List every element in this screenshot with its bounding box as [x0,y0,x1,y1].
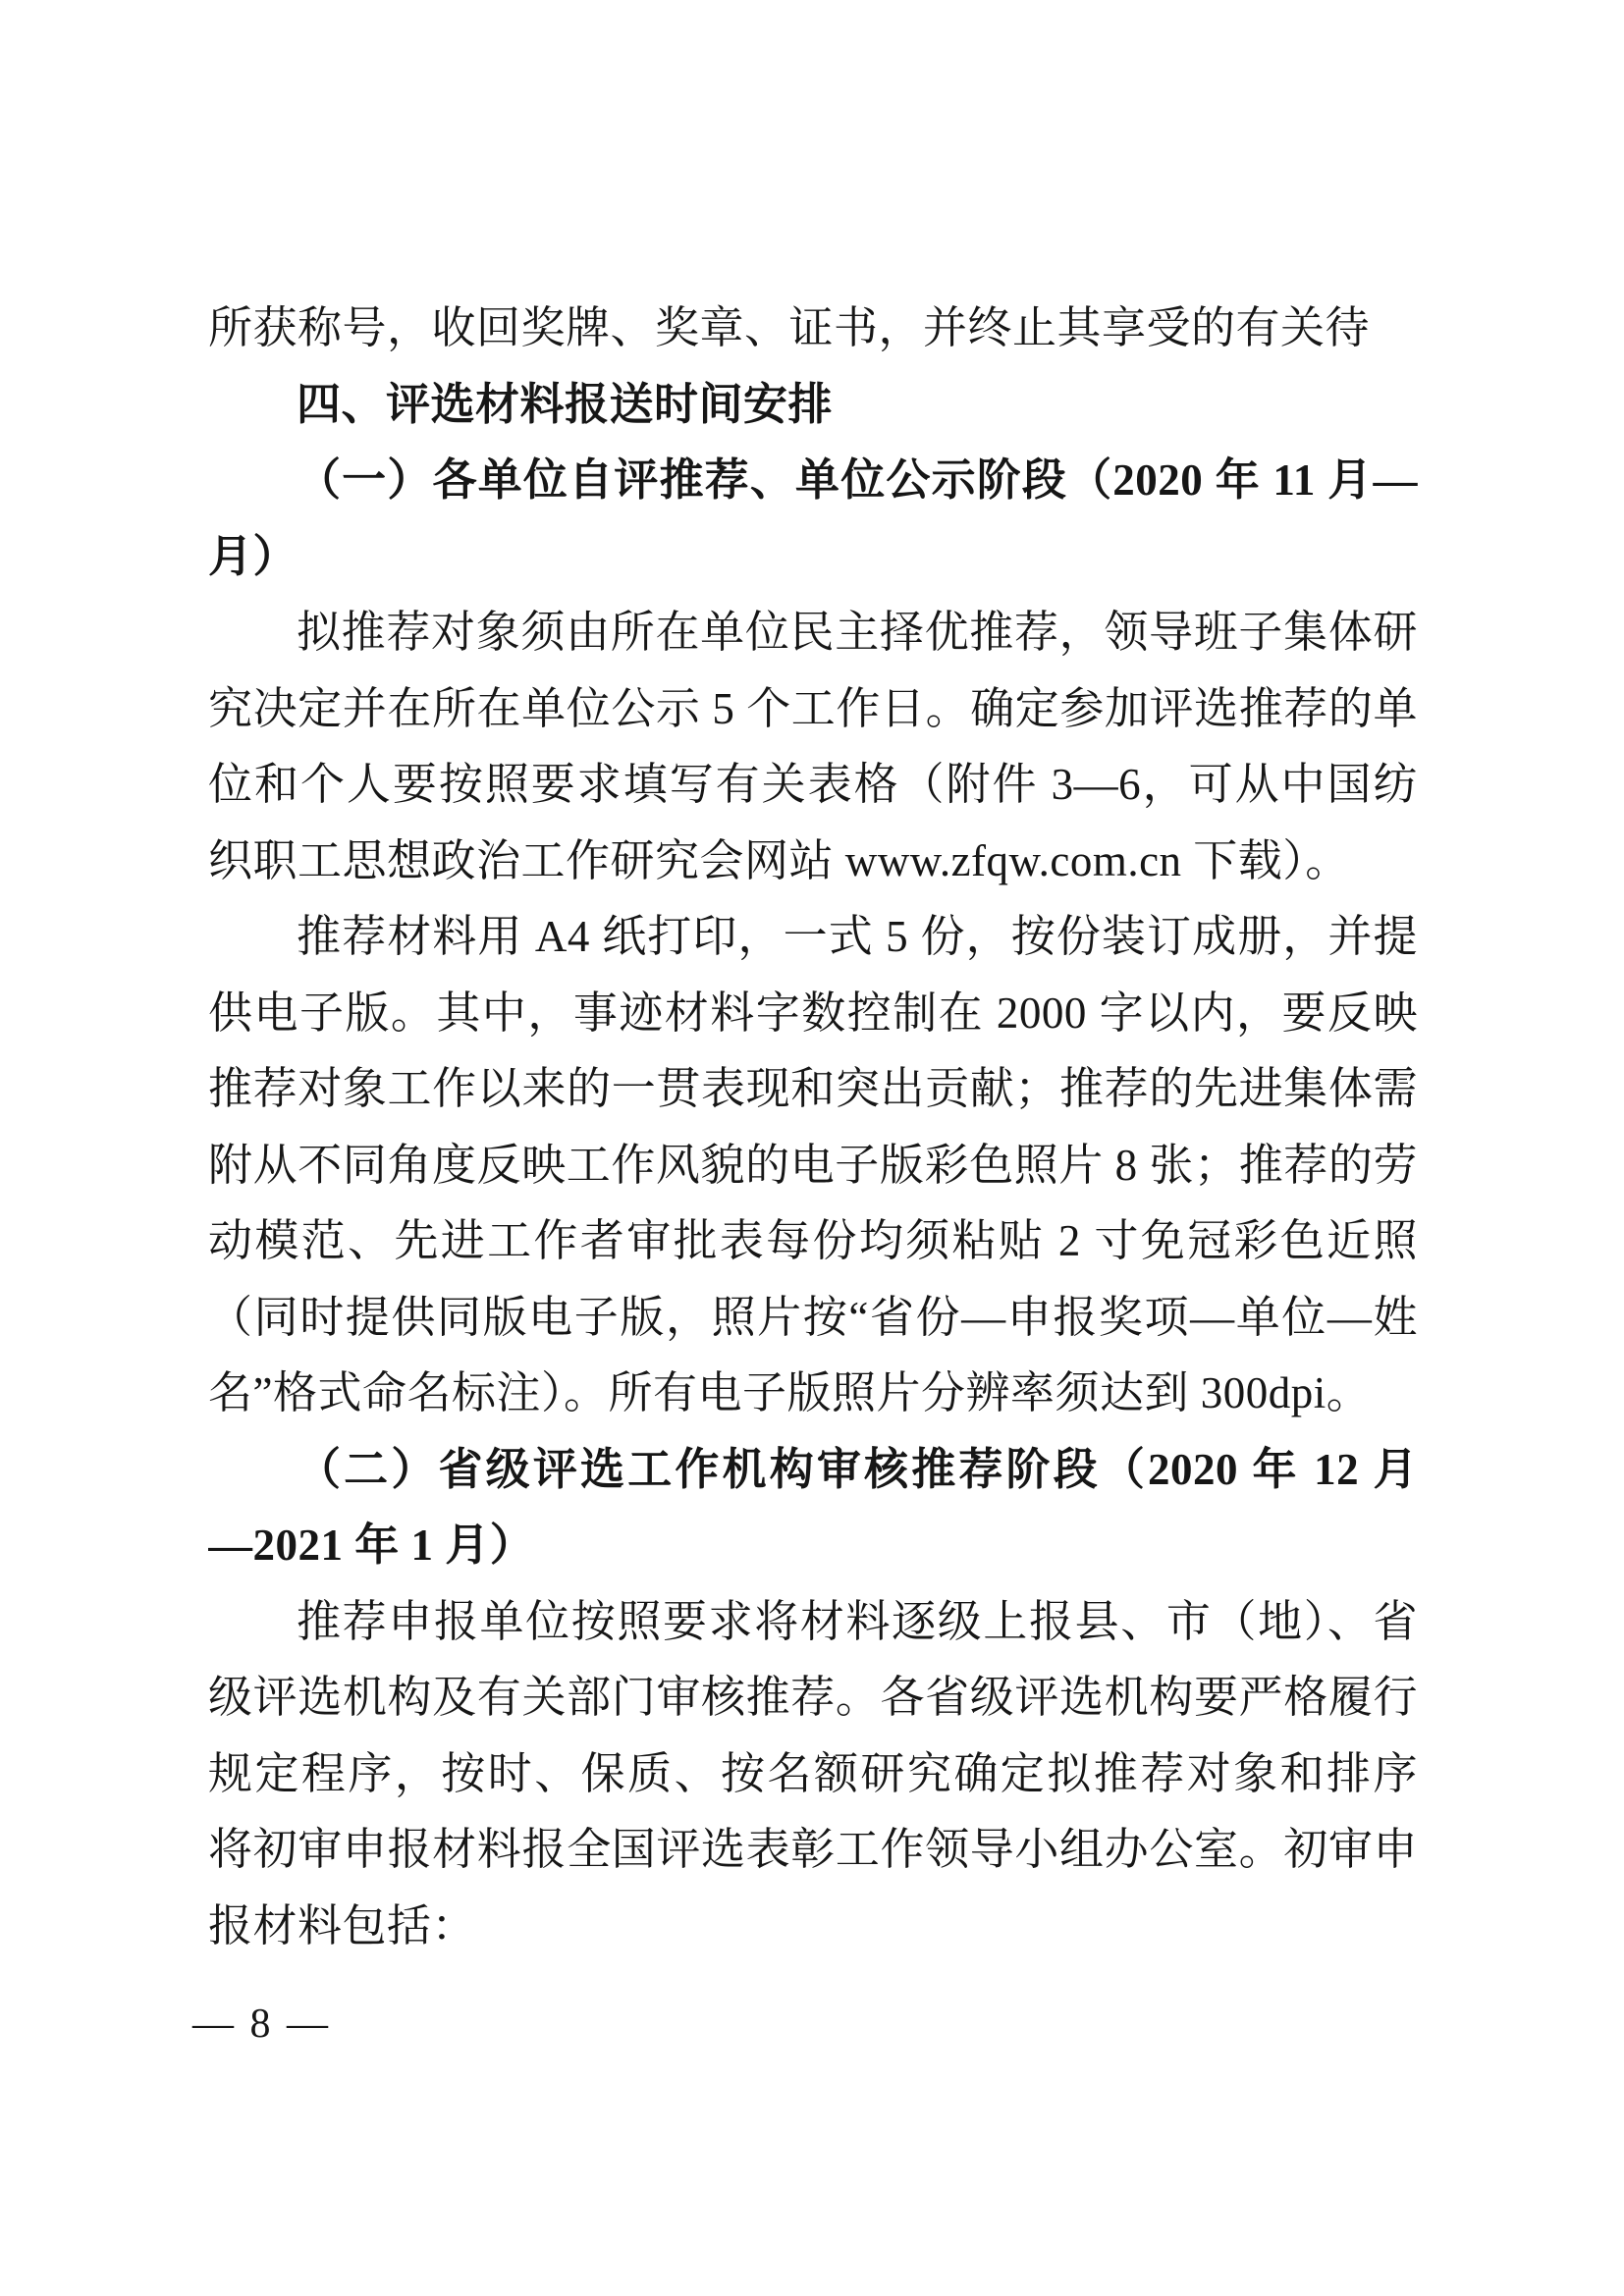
paragraph-line: 位和个人要按照要求填写有关表格（附件 3—6，可从中国纺 [208,747,1418,824]
subsection-heading: （一）各单位自评推荐、单位公示阶段（2020 年 11 月—12 [208,443,1418,519]
subsection-heading: （二）省级评选工作机构审核推荐阶段（2020 年 12 月 [208,1432,1418,1509]
paragraph-line: 织职工思想政治工作研究会网站 www.zfqw.com.cn 下载）。 [208,824,1418,900]
paragraph-line: 推荐申报单位按照要求将材料逐级上报县、市（地）、省 [208,1584,1418,1661]
document-page: 所获称号，收回奖牌、奖章、证书，并终止其享受的有关待遇。 四、评选材料报送时间安… [0,0,1624,2296]
document-body: 所获称号，收回奖牌、奖章、证书，并终止其享受的有关待遇。 四、评选材料报送时间安… [208,291,1418,1964]
subsection-heading: 月） [208,519,1418,596]
paragraph-line: 推荐材料用 A4 纸打印，一式 5 份，按份装订成册，并提 [208,899,1418,976]
paragraph-line: 名”格式命名标注）。所有电子版照片分辨率须达到 300dpi。 [208,1356,1418,1432]
paragraph-line: 级评选机构及有关部门审核推荐。各省级评选机构要严格履行 [208,1660,1418,1736]
paragraph-line: 拟推荐对象须由所在单位民主择优推荐，领导班子集体研 [208,595,1418,671]
paragraph-line: 动模范、先进工作者审批表每份均须粘贴 2 寸免冠彩色近照 [208,1203,1418,1280]
section-heading: 四、评选材料报送时间安排 [208,367,1418,444]
paragraph-line: 规定程序，按时、保质、按名额研究确定拟推荐对象和排序后， [208,1736,1418,1813]
paragraph-line: 究决定并在所在单位公示 5 个工作日。确定参加评选推荐的单 [208,671,1418,748]
paragraph-line: （同时提供同版电子版，照片按“省份—申报奖项—单位—姓 [208,1280,1418,1357]
paragraph-line: 所获称号，收回奖牌、奖章、证书，并终止其享受的有关待遇。 [208,291,1418,367]
subsection-heading: —2021 年 1 月） [208,1508,1418,1584]
paragraph-line: 推荐对象工作以来的一贯表现和突出贡献；推荐的先进集体需 [208,1051,1418,1128]
paragraph-line: 供电子版。其中，事迹材料字数控制在 2000 字以内，要反映 [208,976,1418,1052]
page-number: — 8 — [192,2001,331,2048]
paragraph-line: 报材料包括： [208,1889,1418,1965]
paragraph-line: 附从不同角度反映工作风貌的电子版彩色照片 8 张；推荐的劳 [208,1128,1418,1204]
paragraph-line: 将初审申报材料报全国评选表彰工作领导小组办公室。初审申 [208,1812,1418,1889]
